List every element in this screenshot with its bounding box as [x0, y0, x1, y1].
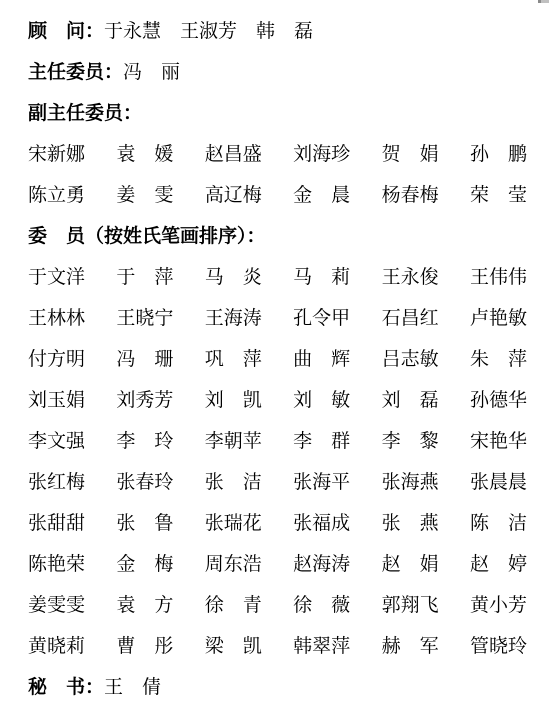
- member-name: 徐 薇: [293, 590, 350, 617]
- member-name: 陈立勇: [28, 180, 85, 207]
- member-row: 张红梅张春玲张 洁张海平张海燕张晨晨: [28, 460, 527, 501]
- member-name: 黄小芳: [470, 590, 527, 617]
- member-name: 李朝苹: [205, 426, 262, 453]
- member-name: 孙 鹏: [470, 139, 527, 166]
- member-row: 黄晓莉曹 彤梁 凯韩翠萍赫 军管晓玲: [28, 624, 527, 665]
- members-rows: 于文洋于 萍马 炎马 莉王永俊王伟伟王林林王晓宁王海涛孔令甲石昌红卢艳敏付方明冯…: [28, 255, 527, 665]
- member-name: 张甜甜: [28, 508, 85, 535]
- member-name: 于 萍: [116, 262, 173, 289]
- member-name: 袁 方: [116, 590, 173, 617]
- member-name: 马 炎: [205, 262, 262, 289]
- member-name: 曲 辉: [293, 344, 350, 371]
- member-name: 韩翠萍: [293, 631, 350, 658]
- chair-names: 冯 丽: [123, 57, 180, 84]
- member-name: 张瑞花: [205, 508, 262, 535]
- member-name: 张福成: [293, 508, 350, 535]
- member-name: 周东浩: [205, 549, 262, 576]
- member-name: 卢艳敏: [470, 303, 527, 330]
- member-name: 高辽梅: [205, 180, 262, 207]
- member-name: 姜雯雯: [28, 590, 85, 617]
- members-label: 委 员（按姓氏笔画排序）：: [28, 221, 266, 248]
- member-name: 李文强: [28, 426, 85, 453]
- member-name: 马 莉: [293, 262, 350, 289]
- chair-label: 主任委员：: [28, 57, 123, 84]
- member-name: 巩 萍: [205, 344, 262, 371]
- member-row: 宋新娜袁 媛赵昌盛刘海珍贺 娟孙 鹏: [28, 132, 527, 173]
- member-name: 黄晓莉: [28, 631, 85, 658]
- member-name: 朱 萍: [470, 344, 527, 371]
- member-name: 曹 彤: [116, 631, 173, 658]
- member-name: 袁 媛: [116, 139, 173, 166]
- member-name: 冯 珊: [116, 344, 173, 371]
- member-name: 荣 莹: [470, 180, 527, 207]
- member-name: 陈艳荣: [28, 549, 85, 576]
- member-name: 刘秀芳: [116, 385, 173, 412]
- member-name: 金 晨: [293, 180, 350, 207]
- member-name: 刘 敏: [293, 385, 350, 412]
- member-name: 王伟伟: [470, 262, 527, 289]
- member-name: 孔令甲: [293, 303, 350, 330]
- member-row: 于文洋于 萍马 炎马 莉王永俊王伟伟: [28, 255, 527, 296]
- member-name: 付方明: [28, 344, 85, 371]
- member-row: 姜雯雯袁 方徐 青徐 薇郭翔飞黄小芳: [28, 583, 527, 624]
- member-name: 梁 凯: [205, 631, 262, 658]
- member-name: 张海平: [293, 467, 350, 494]
- scrollbar-thumb-fragment: [538, 0, 541, 3]
- member-name: 张春玲: [116, 467, 173, 494]
- member-name: 张晨晨: [470, 467, 527, 494]
- member-name: 陈 洁: [470, 508, 527, 535]
- scrollbar-fragment: [538, 0, 549, 3]
- member-name: 贺 娟: [382, 139, 439, 166]
- committee-roster-document: 顾 问：于永慧 王淑芳 韩 磊 主任委员：冯 丽 副主任委员： 宋新娜袁 媛赵昌…: [0, 0, 549, 714]
- vice-chair-label: 副主任委员：: [28, 98, 142, 125]
- vice-chair-heading: 副主任委员：: [28, 91, 527, 132]
- member-row: 李文强李 玲李朝苹李 群李 黎宋艳华: [28, 419, 527, 460]
- member-name: 张红梅: [28, 467, 85, 494]
- vice-chair-rows: 宋新娜袁 媛赵昌盛刘海珍贺 娟孙 鹏陈立勇姜 雯高辽梅金 晨杨春梅荣 莹: [28, 132, 527, 214]
- member-name: 刘 磊: [382, 385, 439, 412]
- chair-line: 主任委员：冯 丽: [28, 50, 527, 91]
- secretary-label: 秘 书：: [28, 672, 104, 699]
- member-name: 王林林: [28, 303, 85, 330]
- member-name: 吕志敏: [382, 344, 439, 371]
- member-name: 郭翔飞: [382, 590, 439, 617]
- member-name: 赵海涛: [293, 549, 350, 576]
- member-name: 赫 军: [382, 631, 439, 658]
- member-row: 付方明冯 珊巩 萍曲 辉吕志敏朱 萍: [28, 337, 527, 378]
- member-name: 王海涛: [205, 303, 262, 330]
- member-name: 张海燕: [382, 467, 439, 494]
- member-name: 姜 雯: [116, 180, 173, 207]
- member-name: 李 群: [293, 426, 350, 453]
- member-name: 赵昌盛: [205, 139, 262, 166]
- member-row: 王林林王晓宁王海涛孔令甲石昌红卢艳敏: [28, 296, 527, 337]
- advisors-label: 顾 问：: [28, 16, 104, 43]
- member-name: 宋艳华: [470, 426, 527, 453]
- member-name: 刘玉娟: [28, 385, 85, 412]
- member-name: 宋新娜: [28, 139, 85, 166]
- member-name: 管晓玲: [470, 631, 527, 658]
- secretary-line: 秘 书：王 倩: [28, 665, 527, 706]
- member-name: 金 梅: [116, 549, 173, 576]
- member-name: 李 玲: [116, 426, 173, 453]
- member-name: 刘 凯: [205, 385, 262, 412]
- member-name: 于文洋: [28, 262, 85, 289]
- member-name: 李 黎: [382, 426, 439, 453]
- member-name: 张 洁: [205, 467, 262, 494]
- member-row: 张甜甜张 鲁张瑞花张福成张 燕陈 洁: [28, 501, 527, 542]
- advisors-line: 顾 问：于永慧 王淑芳 韩 磊: [28, 9, 527, 50]
- member-row: 陈立勇姜 雯高辽梅金 晨杨春梅荣 莹: [28, 173, 527, 214]
- members-heading: 委 员（按姓氏笔画排序）：: [28, 214, 527, 255]
- member-name: 杨春梅: [382, 180, 439, 207]
- member-name: 孙德华: [470, 385, 527, 412]
- member-name: 赵 婷: [470, 549, 527, 576]
- member-name: 徐 青: [205, 590, 262, 617]
- secretary-names: 王 倩: [104, 672, 161, 699]
- member-name: 张 鲁: [116, 508, 173, 535]
- member-row: 陈艳荣金 梅周东浩赵海涛赵 娟赵 婷: [28, 542, 527, 583]
- member-name: 王晓宁: [116, 303, 173, 330]
- member-name: 刘海珍: [293, 139, 350, 166]
- advisors-names: 于永慧 王淑芳 韩 磊: [104, 16, 313, 43]
- member-row: 刘玉娟刘秀芳刘 凯刘 敏刘 磊孙德华: [28, 378, 527, 419]
- member-name: 石昌红: [382, 303, 439, 330]
- member-name: 张 燕: [382, 508, 439, 535]
- member-name: 王永俊: [382, 262, 439, 289]
- member-name: 赵 娟: [382, 549, 439, 576]
